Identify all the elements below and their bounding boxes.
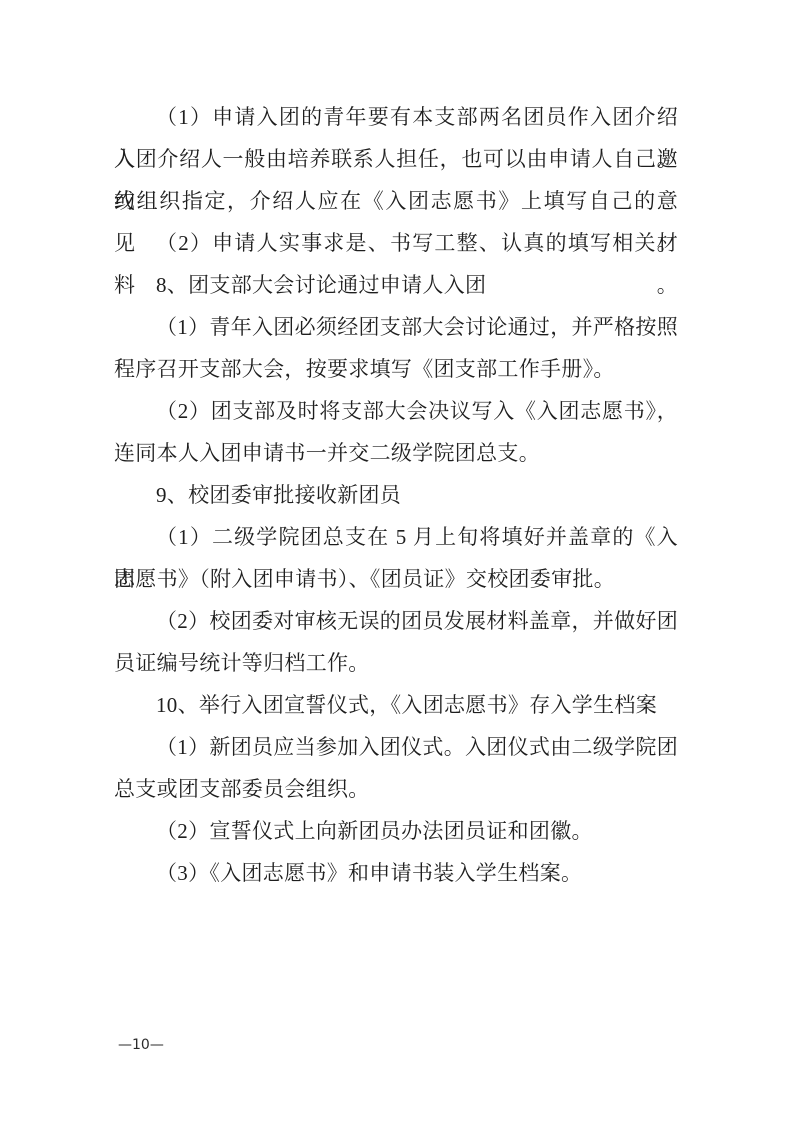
text-line: 10、举行入团宣誓仪式，《入团志愿书》存入学生档案	[114, 684, 678, 726]
text-line: （1）新团员应当参加入团仪式。入团仪式由二级学院团	[114, 726, 678, 768]
text-line: （2）团支部及时将支部大会决议写入《入团志愿书》，	[114, 390, 678, 432]
text-line: 员证编号统计等归档工作。	[114, 642, 678, 684]
text-line: 程序召开支部大会，按要求填写《团支部工作手册》。	[114, 348, 678, 390]
page-number: —10—	[118, 1037, 164, 1053]
text-line: （2）宣誓仪式上向新团员办法团员证和团徽。	[114, 810, 678, 852]
text-line: （1）青年入团必须经团支部大会讨论通过，并严格按照	[114, 306, 678, 348]
text-line: 总支或团支部委员会组织。	[114, 768, 678, 810]
text-line: 连同本人入团申请书一并交二级学院团总支。	[114, 432, 678, 474]
text-line: 9、校团委审批接收新团员	[114, 474, 678, 516]
text-line: （1）申请入团的青年要有本支部两名团员作入团介绍人。	[114, 96, 678, 138]
text-line: 志愿书》（附入团申请书）、《团员证》交校团委审批。	[114, 558, 678, 600]
document-body: （1）申请入团的青年要有本支部两名团员作入团介绍人。入团介绍人一般由培养联系人担…	[114, 96, 678, 894]
page-footer: —10—	[118, 1036, 164, 1054]
text-line: （2）校团委对审核无误的团员发展材料盖章，并做好团	[114, 600, 678, 642]
text-line: （3）《入团志愿书》和申请书装入学生档案。	[114, 852, 678, 894]
text-line: （2）申请人实事求是、书写工整、认真的填写相关材料。	[114, 222, 678, 264]
text-line: 或组织指定，介绍人应在《入团志愿书》上填写自己的意见。	[114, 180, 678, 222]
text-line: 入团介绍人一般由培养联系人担任，也可以由申请人自己邀约	[114, 138, 678, 180]
text-line: （1）二级学院团总支在 5 月上旬将填好并盖章的《入团	[114, 516, 678, 558]
document-page: （1）申请入团的青年要有本支部两名团员作入团介绍人。入团介绍人一般由培养联系人担…	[0, 0, 793, 1122]
